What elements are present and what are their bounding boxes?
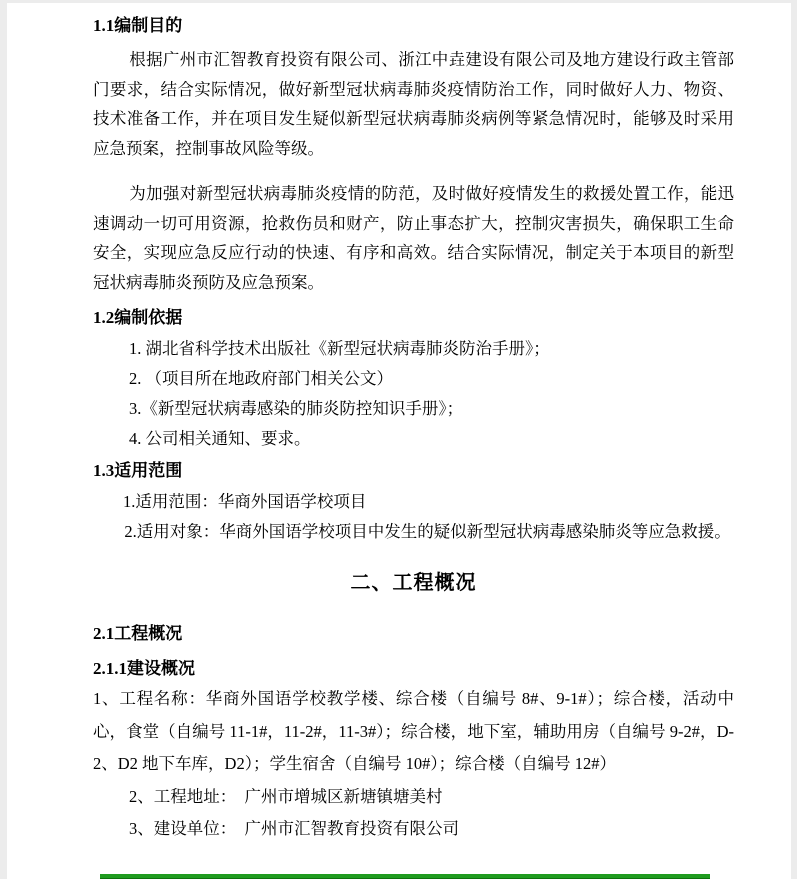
scope-item-1: 1.适用范围：华商外国语学校项目 (93, 487, 734, 517)
chapter-2-title: 二、工程概况 (93, 569, 734, 597)
section-heading-2-1: 2.1工程概况 (93, 623, 734, 645)
section-heading-1-3: 1.3适用范围 (93, 460, 734, 482)
section-heading-1-2: 1.2编制依据 (93, 307, 734, 329)
reference-item-3: 3.《新型冠状病毒感染的肺炎防控知识手册》； (93, 394, 734, 424)
project-address-line: 2、工程地址： 广州市增城区新塘镇塘美村 (93, 781, 734, 813)
paragraph-purpose-1: 根据广州市汇智教育投资有限公司、浙江中垚建设有限公司及地方建设行政主管部门要求，… (93, 45, 734, 163)
reference-item-4: 4. 公司相关通知、要求。 (93, 424, 734, 454)
project-owner-line: 3、建设单位： 广州市汇智教育投资有限公司 (93, 813, 734, 845)
section-heading-1-1: 1.1编制目的 (93, 15, 734, 37)
section-heading-2-1-1: 2.1.1建设概况 (93, 658, 734, 680)
reference-item-1: 1. 湖北省科学技术出版社《新型冠状病毒肺炎防治手册》； (93, 334, 734, 364)
reference-item-2: 2. （项目所在地政府部门相关公文） (93, 364, 734, 394)
page-bottom-divider (100, 874, 710, 879)
scope-item-2: 2.适用对象：华商外国语学校项目中发生的疑似新型冠状病毒感染肺炎等应急救援。 (93, 517, 734, 547)
reference-list: 1. 湖北省科学技术出版社《新型冠状病毒肺炎防治手册》； 2. （项目所在地政府… (93, 334, 734, 454)
document-content: 1.1编制目的 根据广州市汇智教育投资有限公司、浙江中垚建设有限公司及地方建设行… (93, 3, 734, 845)
project-name-paragraph: 1、工程名称：华商外国语学校教学楼、综合楼（自编号 8#、9-1#）；综合楼，活… (93, 683, 734, 781)
paragraph-purpose-2: 为加强对新型冠状病毒肺炎疫情的防范，及时做好疫情发生的救援处置工作，能迅速调动一… (93, 179, 734, 297)
document-page: 1.1编制目的 根据广州市汇智教育投资有限公司、浙江中垚建设有限公司及地方建设行… (7, 3, 791, 879)
